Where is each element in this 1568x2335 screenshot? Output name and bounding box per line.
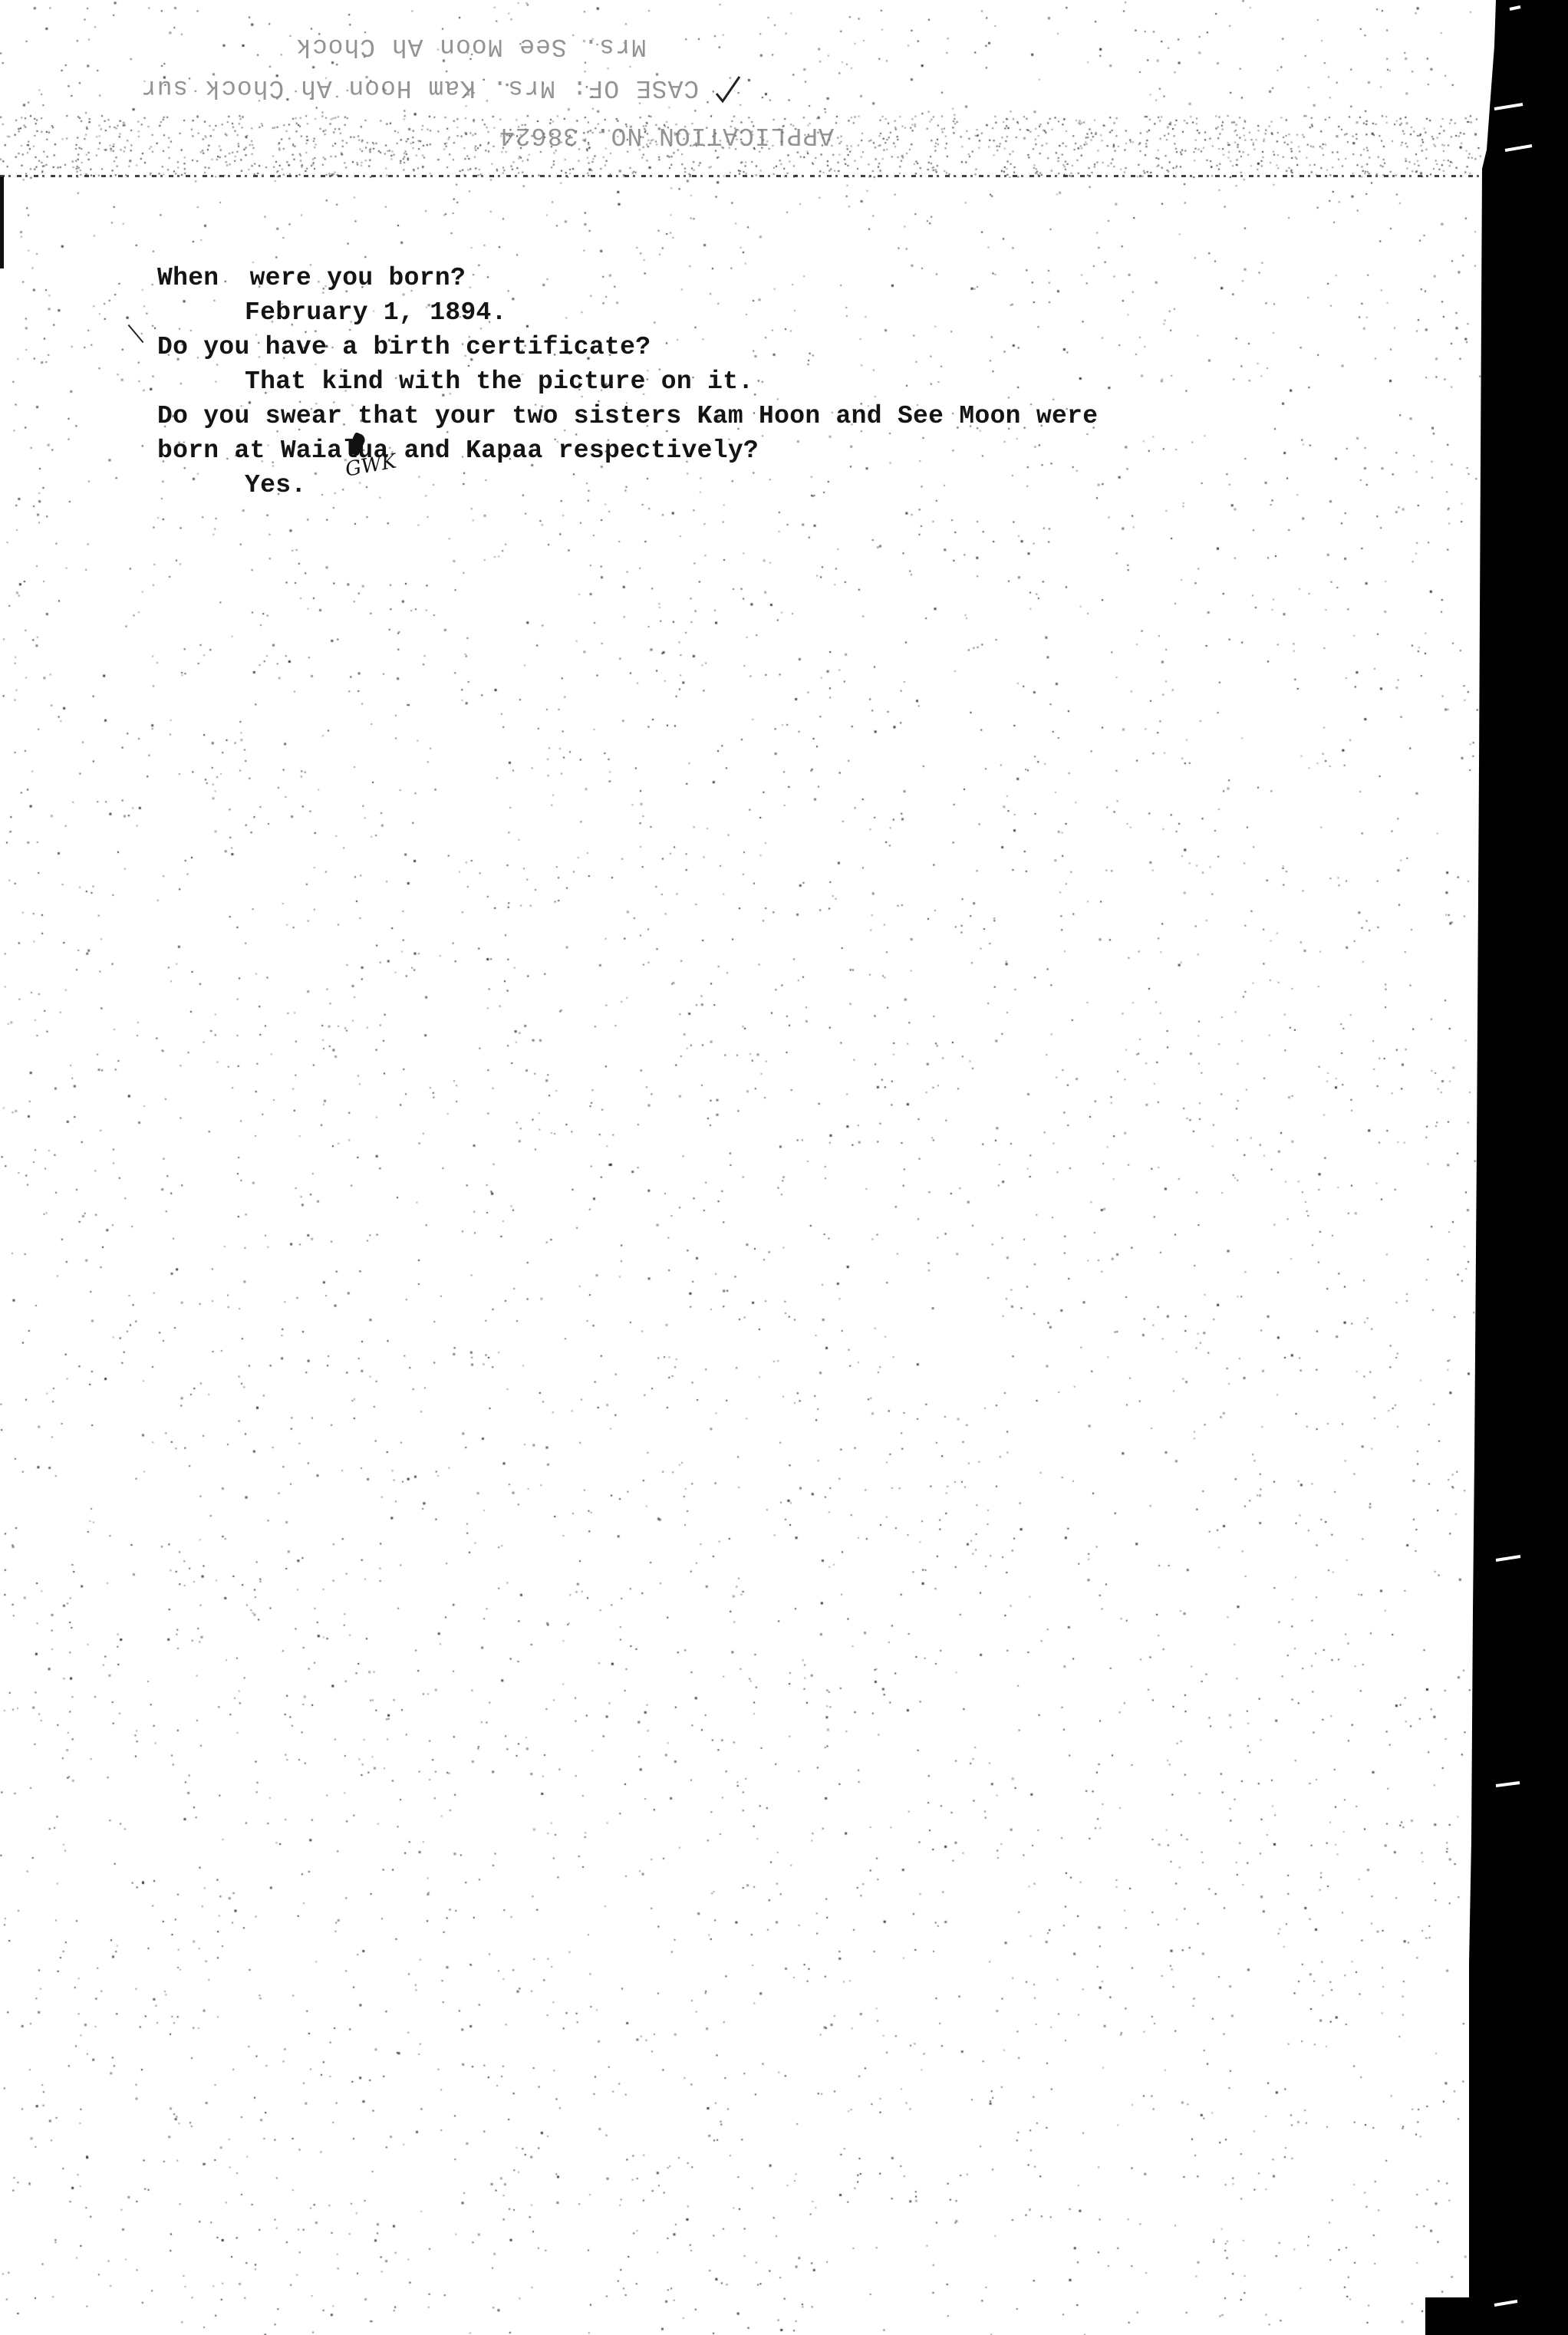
check-mark-icon bbox=[713, 74, 744, 104]
left-edge-rule bbox=[0, 176, 4, 268]
mirrored-bleed-through-header: Mrs. See Moon Ah Chock CASE OF: Mrs. Kam… bbox=[0, 0, 1504, 176]
transcript: When were you born? February 1, 1894. Do… bbox=[157, 261, 1308, 502]
bleed-line-application: APPLICATION NO. 38624 bbox=[499, 121, 834, 150]
transcript-line-answer: Yes. bbox=[157, 468, 1308, 502]
transcript-line-answer: That kind with the picture on it. bbox=[157, 364, 1308, 399]
transcript-line-answer: February 1, 1894. bbox=[157, 295, 1308, 330]
transcript-line-question: born at Waialua and Kapaa respectively? bbox=[157, 433, 1308, 468]
margin-pencil-mark bbox=[128, 324, 144, 343]
header-divider bbox=[0, 175, 1481, 177]
transcript-line-question: Do you swear that your two sisters Kam H… bbox=[157, 399, 1308, 433]
bleed-line-name: Mrs. See Moon Ah Chock bbox=[295, 32, 647, 61]
transcript-line-question: When were you born? bbox=[157, 261, 1308, 295]
bleed-line-case: CASE OF: Mrs. Kam Hoon Ah Chock sur bbox=[140, 74, 699, 102]
transcript-line-question: Do you have a birth certificate? bbox=[157, 330, 1308, 364]
